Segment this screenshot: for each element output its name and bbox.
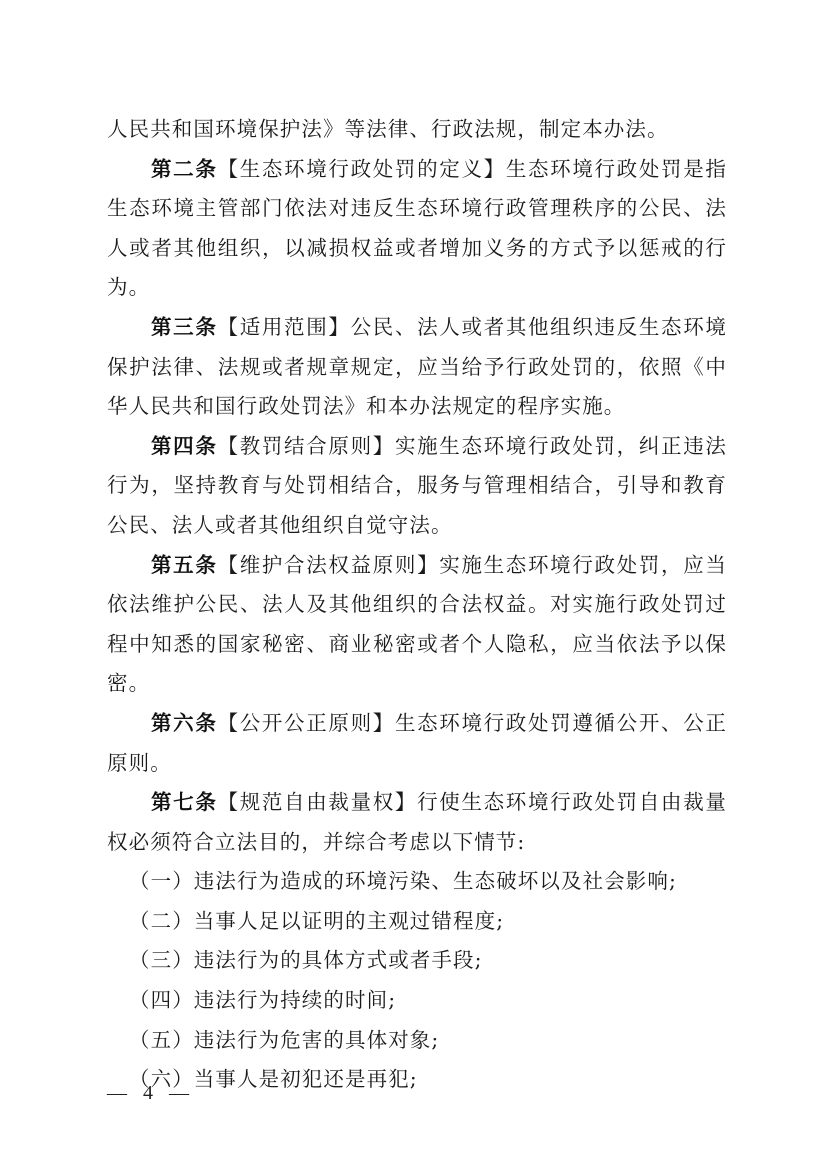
list-item: （四）违法行为持续的时间; [107, 981, 727, 1021]
article-number: 第六条 [151, 711, 218, 735]
article-4: 第四条【教罚结合原则】实施生态环境行政处罚，纠正违法行为，坚持教育与处罚相结合，… [107, 427, 727, 546]
article-title: 【公开公正原则】 [218, 711, 395, 735]
list-item: （二）当事人足以证明的主观过错程度; [107, 902, 727, 942]
article-3: 第三条【适用范围】公民、法人或者其他组织违反生态环境保护法律、法规或者规章规定，… [107, 308, 727, 427]
article-7: 第七条【规范自由裁量权】行使生态环境行政处罚自由裁量权必须符合立法目的，并综合考… [107, 783, 727, 862]
article-title: 【维护合法权益原则】 [218, 553, 440, 577]
article-number: 第二条 [151, 157, 218, 181]
document-body: 人民共和国环境保护法》等法律、行政法规，制定本办法。 第二条【生态环境行政处罚的… [107, 110, 727, 1100]
article-number: 第五条 [151, 553, 218, 577]
list-item: （一）违法行为造成的环境污染、生态破坏以及社会影响; [107, 862, 727, 902]
article-number: 第四条 [151, 434, 218, 458]
article-5: 第五条【维护合法权益原则】实施生态环境行政处罚，应当依法维护公民、法人及其他组织… [107, 546, 727, 704]
article-title: 【适用范围】 [218, 315, 351, 339]
article-number: 第三条 [151, 315, 218, 339]
continuation-paragraph: 人民共和国环境保护法》等法律、行政法规，制定本办法。 [107, 110, 727, 150]
article-title: 【教罚结合原则】 [218, 434, 395, 458]
list-item: （五）违法行为危害的具体对象; [107, 1021, 727, 1061]
list-item: （三）违法行为的具体方式或者手段; [107, 941, 727, 981]
article-number: 第七条 [151, 790, 218, 814]
article-2: 第二条【生态环境行政处罚的定义】生态环境行政处罚是指生态环境主管部门依法对违反生… [107, 150, 727, 308]
article-title: 【生态环境行政处罚的定义】 [218, 157, 506, 181]
article-6: 第六条【公开公正原则】生态环境行政处罚遵循公开、公正原则。 [107, 704, 727, 783]
article-title: 【规范自由裁量权】 [218, 790, 418, 814]
page-number: — 4 — [107, 1082, 191, 1105]
list-item: （六）当事人是初犯还是再犯; [107, 1060, 727, 1100]
